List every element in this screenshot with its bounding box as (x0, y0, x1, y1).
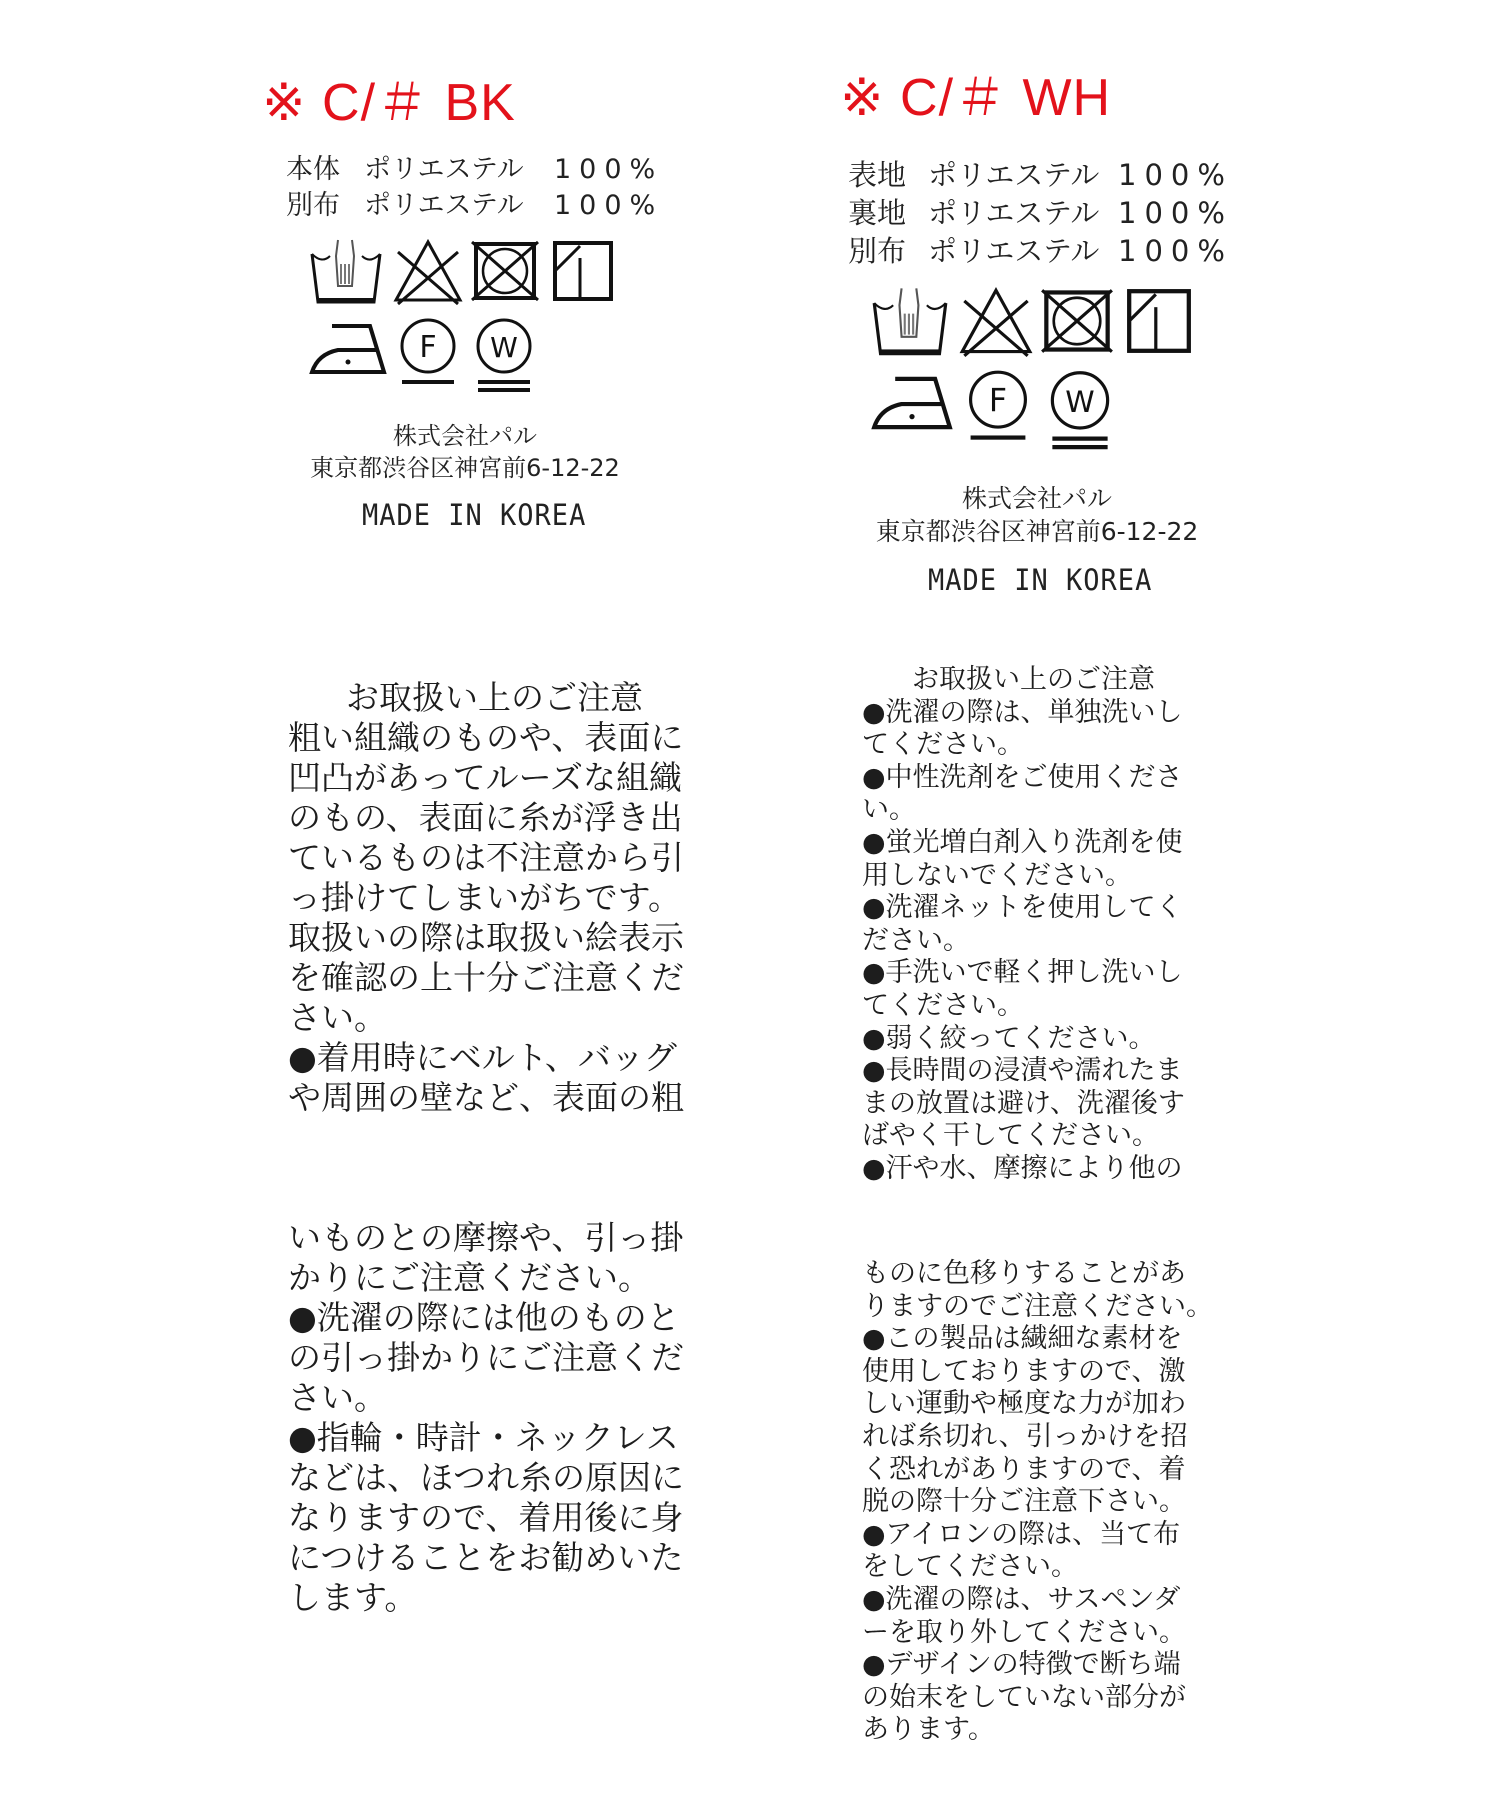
care-note-line: ●この製品は繊細な素材を (862, 1323, 1213, 1356)
svg-text:W: W (490, 331, 518, 364)
company-address: 東京都渋谷区神宮前6-12-22 (290, 452, 640, 484)
care-note-line: を確認の上十分ご注意くだ (288, 958, 684, 998)
hand-wash-icon (870, 284, 950, 358)
line-dry-shade-icon (552, 240, 614, 302)
no-bleach-icon (392, 238, 464, 306)
care-note-line: 取扱いの際は取扱い絵表示 (288, 918, 684, 958)
care-note-line: ●指輪・時計・ネックレス (288, 1418, 684, 1458)
care-symbols-bk: F W (308, 236, 628, 396)
care-note-line: ーを取り外してください。 (862, 1617, 1213, 1650)
care-notes-wh-part2: ものに色移りすることがあ りますのでご注意ください。 ●この製品は繊細な素材を … (862, 1258, 1213, 1747)
part-name: 本体 (286, 152, 364, 188)
care-note-line: ●汗や水、摩擦により他の (862, 1153, 1185, 1186)
company-address: 東京都渋谷区神宮前6-12-22 (852, 515, 1222, 548)
care-note-line: ●手洗いで軽く押し洗いし (862, 957, 1185, 990)
percent: 100% (1118, 232, 1233, 270)
care-note-line: 用しないでください。 (862, 860, 1185, 893)
care-note-line: ●弱く絞ってください。 (862, 1023, 1185, 1056)
care-notes-title: お取扱い上のご注意 (288, 678, 684, 718)
company-name: 株式会社パル (852, 482, 1222, 515)
part-name: 別布 (848, 232, 928, 270)
care-note-line: などは、ほつれ糸の原因に (288, 1458, 684, 1498)
country-of-origin-bk: MADE IN KOREA (362, 498, 586, 532)
percent: 100% (554, 152, 663, 188)
variant-heading-wh: ※ C/＃ WH (840, 55, 1111, 130)
care-note-line: ●デザインの特徴で断ち端 (862, 1649, 1213, 1682)
care-note-line: てください。 (862, 990, 1185, 1023)
care-note-line: りますのでご注意ください。 (862, 1291, 1213, 1324)
composition-table-wh: 表地ポリエステル100% 裏地ポリエステル100% 別布ポリエステル100% (848, 156, 1233, 270)
care-note-line: 粗い組織のものや、表面に (288, 718, 684, 758)
no-bleach-icon (958, 286, 1034, 358)
material: ポリエステル (928, 194, 1118, 232)
care-note-line: や周囲の壁など、表面の粗 (288, 1078, 684, 1118)
country-of-origin-wh: MADE IN KOREA (928, 563, 1152, 597)
care-note-line: ●長時間の浸漬や濡れたま (862, 1055, 1185, 1088)
no-tumble-dry-icon (470, 240, 540, 302)
company-name: 株式会社パル (290, 420, 640, 452)
care-note-line: 使用しておりますので、激 (862, 1356, 1213, 1389)
care-note-line: の始末をしていない部分が (862, 1682, 1213, 1715)
percent: 100% (554, 188, 663, 224)
composition-row: 別布ポリエステル100% (848, 232, 1233, 270)
svg-text:F: F (989, 383, 1007, 419)
part-name: 表地 (848, 156, 928, 194)
care-notes-wh-part1: お取扱い上のご注意 ●洗濯の際は、単独洗いし てください。 ●中性洗剤をご使用く… (862, 664, 1185, 1186)
care-note-line: さい。 (288, 998, 684, 1038)
care-note-line: れば糸切れ、引っかけを招 (862, 1421, 1213, 1454)
care-note-line: さい。 (288, 1378, 684, 1418)
part-name: 別布 (286, 188, 364, 224)
svg-text:F: F (419, 330, 436, 365)
care-note-line: なりますので、着用後に身 (288, 1498, 684, 1538)
wet-clean-w-icon: W (1046, 368, 1114, 454)
care-note-line: ●洗濯の際は、サスペンダ (862, 1584, 1213, 1617)
dry-clean-f-icon: F (396, 316, 460, 390)
care-note-line: しい運動や極度な力が加わ (862, 1388, 1213, 1421)
no-tumble-dry-icon (1040, 288, 1114, 354)
care-note-line: い。 (862, 794, 1185, 827)
care-notes-bk-part1: お取扱い上のご注意 粗い組織のものや、表面に 凹凸があってルーズな組織 のもの、… (288, 678, 684, 1118)
care-symbols-wh: F W (870, 284, 1210, 454)
part-name: 裏地 (848, 194, 928, 232)
care-note-line: ださい。 (862, 925, 1185, 958)
care-note-line: ●洗濯の際は、単独洗いし (862, 697, 1185, 730)
material: ポリエステル (364, 152, 554, 188)
care-notes-bk-part2: いものとの摩擦や、引っ掛 かりにご注意ください。 ●洗濯の際には他のものと の引… (288, 1218, 684, 1618)
care-note-line: ●アイロンの際は、当て布 (862, 1519, 1213, 1552)
care-note-line: ものに色移りすることがあ (862, 1258, 1213, 1291)
hand-wash-icon (308, 236, 384, 306)
care-note-line: ●洗濯の際には他のものと (288, 1298, 684, 1338)
composition-row: 本体ポリエステル100% (286, 152, 663, 188)
line-dry-shade-icon (1126, 288, 1192, 354)
percent: 100% (1118, 156, 1233, 194)
care-note-line: ●中性洗剤をご使用くださ (862, 762, 1185, 795)
composition-row: 表地ポリエステル100% (848, 156, 1233, 194)
maker-info-bk: 株式会社パル 東京都渋谷区神宮前6-12-22 (290, 420, 640, 484)
composition-table-bk: 本体ポリエステル100% 別布ポリエステル100% (286, 152, 663, 224)
care-note-line: く恐れがありますので、着 (862, 1454, 1213, 1487)
care-notes-title: お取扱い上のご注意 (862, 664, 1185, 697)
iron-low-icon (870, 372, 954, 434)
material: ポリエステル (364, 188, 554, 224)
care-note-line: ●着用時にベルト、バッグ (288, 1038, 684, 1078)
wet-clean-w-icon: W (472, 316, 536, 396)
dry-clean-f-icon: F (964, 368, 1032, 446)
care-note-line: っ掛けてしまいがちです。 (288, 878, 684, 918)
percent: 100% (1118, 194, 1233, 232)
care-note-line: します。 (288, 1578, 684, 1618)
care-note-line: のもの、表面に糸が浮き出 (288, 798, 684, 838)
variant-heading-bk: ※ C/＃ BK (262, 60, 516, 135)
care-note-line: いものとの摩擦や、引っ掛 (288, 1218, 684, 1258)
care-note-line: ●洗濯ネットを使用してく (862, 892, 1185, 925)
care-note-line: ばやく干してください。 (862, 1120, 1185, 1153)
composition-row: 別布ポリエステル100% (286, 188, 663, 224)
care-note-line: かりにご注意ください。 (288, 1258, 684, 1298)
composition-row: 裏地ポリエステル100% (848, 194, 1233, 232)
care-note-line: あります。 (862, 1714, 1213, 1747)
care-note-line: の引っ掛かりにご注意くだ (288, 1338, 684, 1378)
care-note-line: をしてください。 (862, 1551, 1213, 1584)
care-note-line: につけることをお勧めいた (288, 1538, 684, 1578)
svg-text:W: W (1065, 385, 1094, 420)
iron-low-icon (308, 320, 388, 378)
care-note-line: ているものは不注意から引 (288, 838, 684, 878)
care-note-line: 脱の際十分ご注意下さい。 (862, 1486, 1213, 1519)
material: ポリエステル (928, 232, 1118, 270)
maker-info-wh: 株式会社パル 東京都渋谷区神宮前6-12-22 (852, 482, 1222, 548)
care-note-line: てください。 (862, 729, 1185, 762)
care-note-line: ●蛍光増白剤入り洗剤を使 (862, 827, 1185, 860)
care-note-line: まの放置は避け、洗濯後す (862, 1088, 1185, 1121)
care-note-line: 凹凸があってルーズな組織 (288, 758, 684, 798)
material: ポリエステル (928, 156, 1118, 194)
